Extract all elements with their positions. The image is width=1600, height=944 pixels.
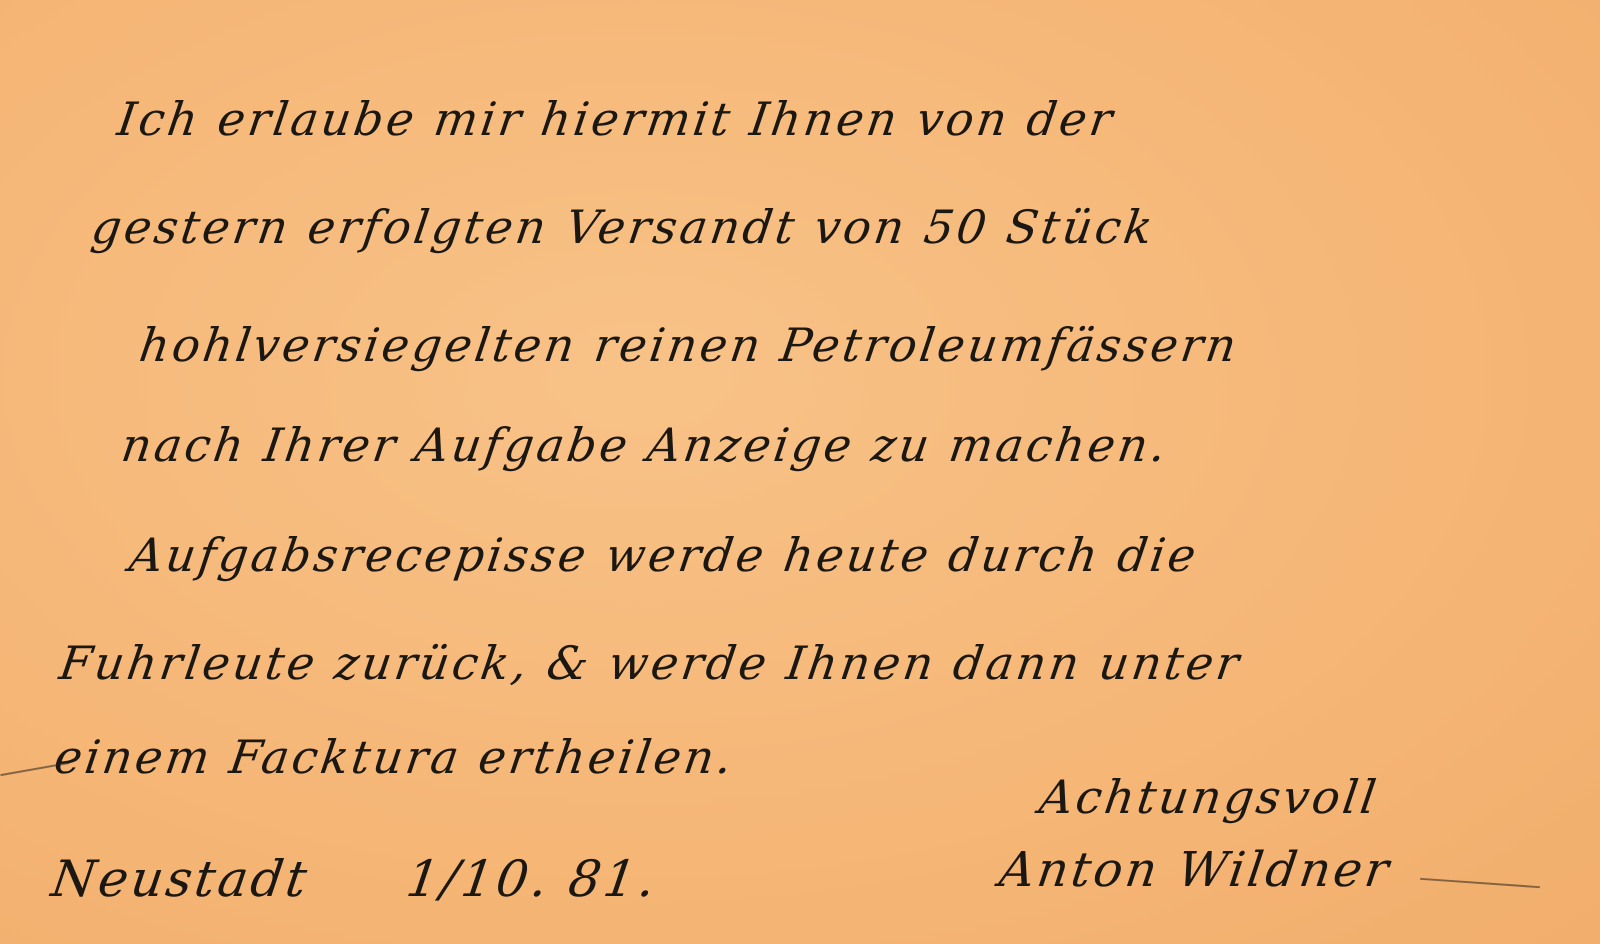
letter-line-4: nach Ihrer Aufgabe Anzeige zu machen.	[118, 418, 1172, 472]
letter-line-6: Fuhrleute zurück, & werde Ihnen dann unt…	[56, 636, 1245, 690]
closing-salutation: Achtungsvoll	[1036, 770, 1382, 824]
letter-line-2: gestern erfolgten Versandt von 50 Stück	[88, 200, 1159, 254]
letter-line-5: Aufgabsrecepisse werde heute durch die	[126, 528, 1202, 582]
letter-line-3: hohlversiegelten reinen Petroleumfässern	[136, 318, 1242, 372]
underline-flourish	[1420, 878, 1540, 888]
letter-line-1: Ich erlaube mir hiermit Ihnen von der	[114, 92, 1118, 146]
letter-line-7: einem Facktura ertheilen.	[51, 730, 738, 784]
place: Neustadt	[48, 850, 313, 908]
signature: Anton Wildner	[996, 842, 1395, 898]
postcard: Ich erlaube mir hiermit Ihnen von der ge…	[0, 0, 1600, 944]
place-and-date: Neustadt 1/10. 81.	[48, 850, 662, 908]
date: 1/10. 81.	[403, 850, 662, 908]
